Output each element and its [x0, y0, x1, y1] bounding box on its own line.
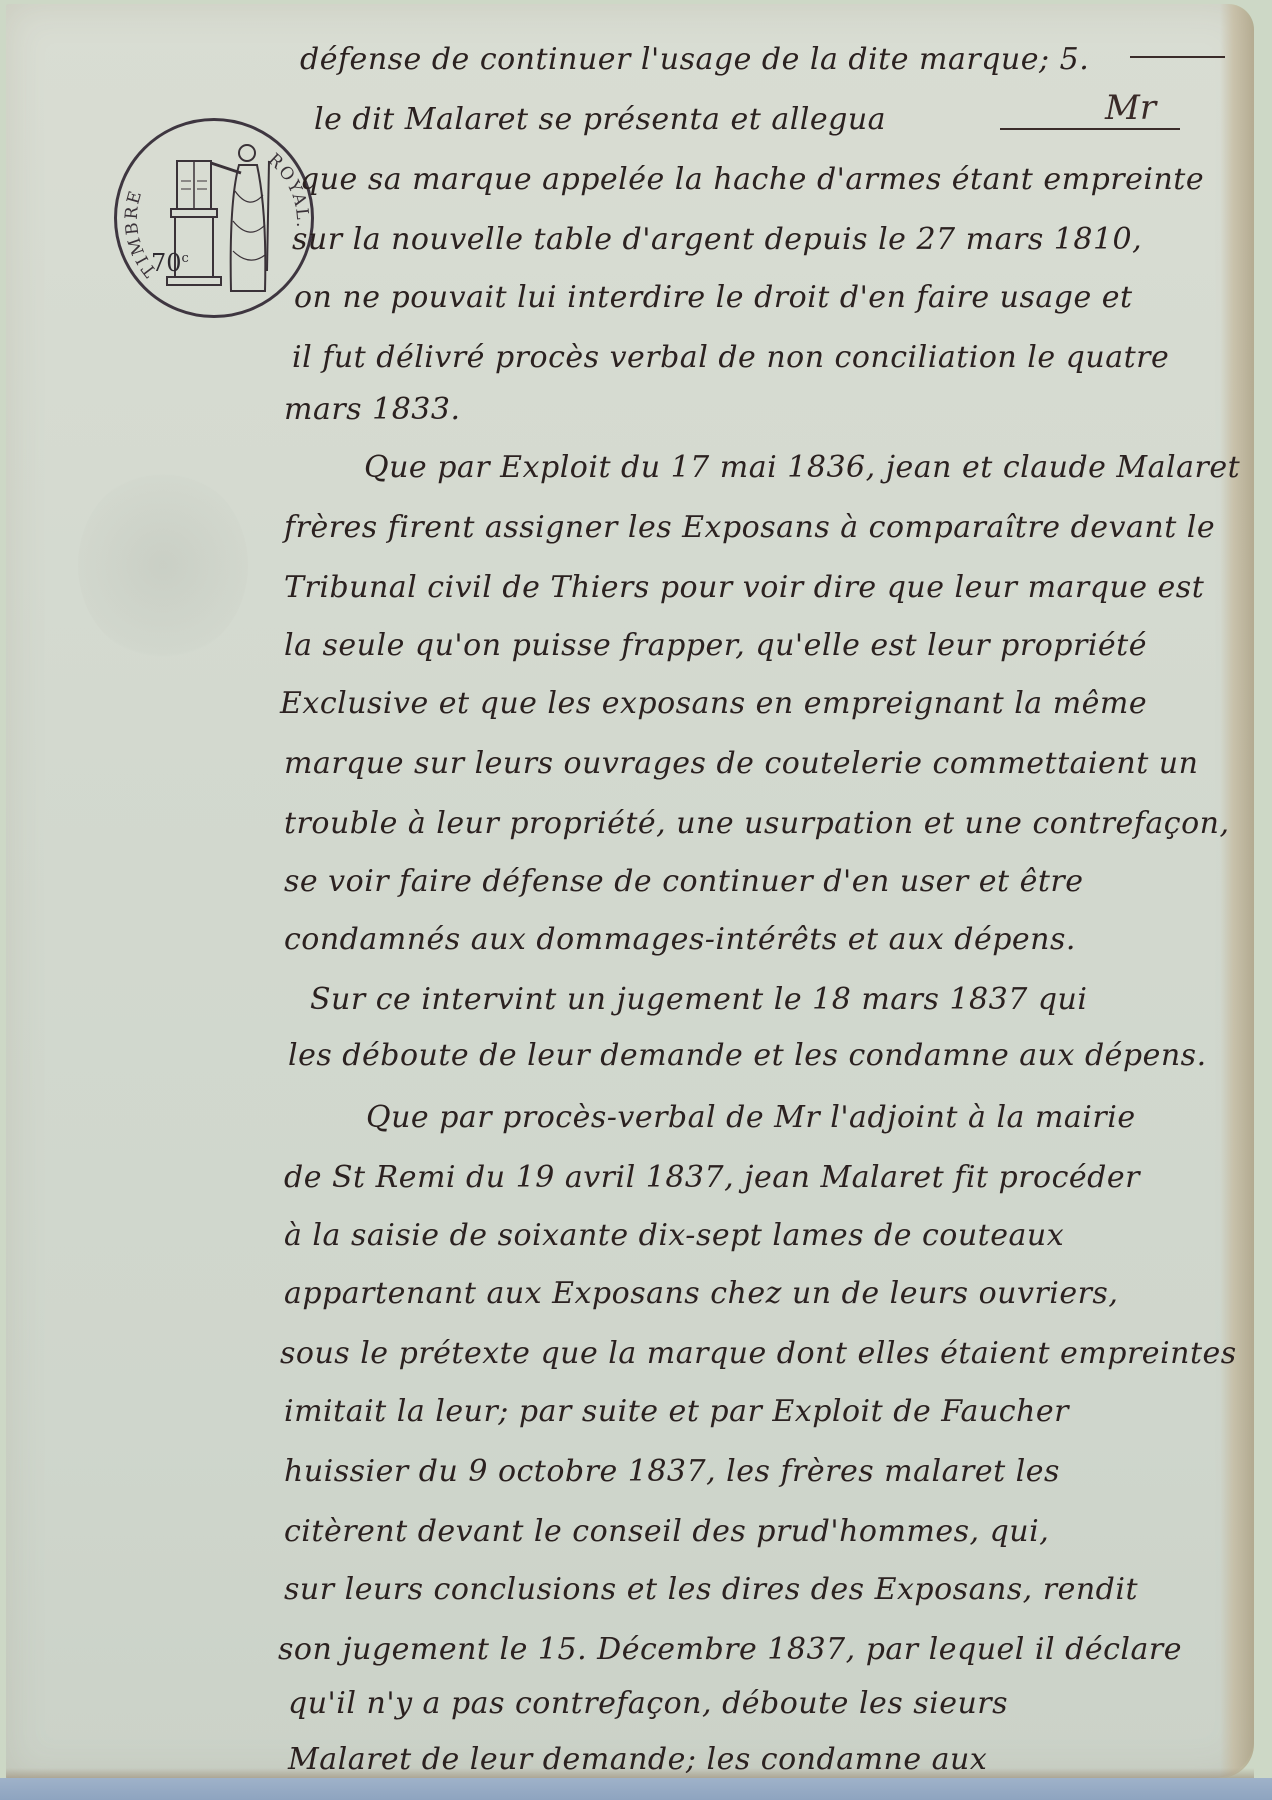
text-line: marque sur leurs ouvrages de coutelerie …: [284, 746, 1198, 781]
text-line: les déboute de leur demande et les conda…: [288, 1038, 1207, 1073]
text-line: Que par procès-verbal de Mr l'adjoint à …: [286, 1100, 1136, 1135]
text-line: condamnés aux dommages-intérêts et aux d…: [284, 922, 1076, 957]
text-line: de St Remi du 19 avril 1837, jean Malare…: [284, 1160, 1140, 1195]
text-line: trouble à leur propriété, une usurpation…: [284, 806, 1230, 841]
text-line: on ne pouvait lui interdire le droit d'e…: [294, 280, 1133, 315]
margin-flourish: Mr: [1105, 88, 1156, 128]
text-line: sur la nouvelle table d'argent depuis le…: [292, 222, 1142, 257]
text-line: que sa marque appelée la hache d'armes é…: [300, 162, 1204, 197]
stamp-seal-icon: TIMBRE ROYAL.: [117, 121, 311, 315]
text-line: la seule qu'on puisse frapper, qu'elle e…: [284, 628, 1147, 663]
text-line: imitait la leur; par suite et par Exploi…: [284, 1394, 1069, 1429]
text-line: huissier du 9 octobre 1837, les frères m…: [284, 1454, 1060, 1489]
text-line: il fut délivré procès verbal de non conc…: [292, 340, 1169, 375]
text-line: son jugement le 15. Décembre 1837, par l…: [278, 1632, 1182, 1667]
timbre-royal-stamp: TIMBRE ROYAL. 70c: [114, 118, 314, 318]
text-line: se voir faire défense de continuer d'en …: [284, 864, 1083, 899]
faded-stamp-bleedthrough: [78, 470, 248, 660]
text-line: sur leurs conclusions et les dires des E…: [284, 1572, 1138, 1607]
text-line: sous le prétexte que la marque dont elle…: [280, 1336, 1237, 1371]
background-surface: [0, 1778, 1272, 1800]
text-line: Malaret de leur demande; les condamne au…: [288, 1742, 987, 1777]
document-photo: TIMBRE ROYAL. 70c Mr défense de conti: [0, 0, 1272, 1800]
text-line: appartenant aux Exposans chez un de leur…: [284, 1276, 1118, 1311]
text-line: qu'il n'y a pas contrefaçon, déboute les…: [288, 1686, 1008, 1721]
stamp-value: 70c: [151, 249, 189, 277]
text-line: mars 1833.: [284, 392, 461, 427]
text-line: défense de continuer l'usage de la dite …: [300, 42, 1089, 77]
text-line: Exclusive et que les exposans en empreig…: [280, 686, 1147, 721]
text-line: frères firent assigner les Exposans à co…: [284, 510, 1215, 545]
text-line: Tribunal civil de Thiers pour voir dire …: [284, 570, 1204, 605]
margin-rule: [1130, 56, 1225, 58]
flourish-rule: [1000, 128, 1180, 130]
text-line: citèrent devant le conseil des prud'homm…: [284, 1514, 1049, 1549]
text-line: Que par Exploit du 17 mai 1836, jean et …: [284, 450, 1240, 485]
text-line: le dit Malaret se présenta et allegua: [314, 102, 886, 137]
text-line: à la saisie de soixante dix-sept lames d…: [284, 1218, 1064, 1253]
page-edge: [1220, 4, 1254, 1778]
text-line: Sur ce intervint un jugement le 18 mars …: [230, 982, 1087, 1017]
